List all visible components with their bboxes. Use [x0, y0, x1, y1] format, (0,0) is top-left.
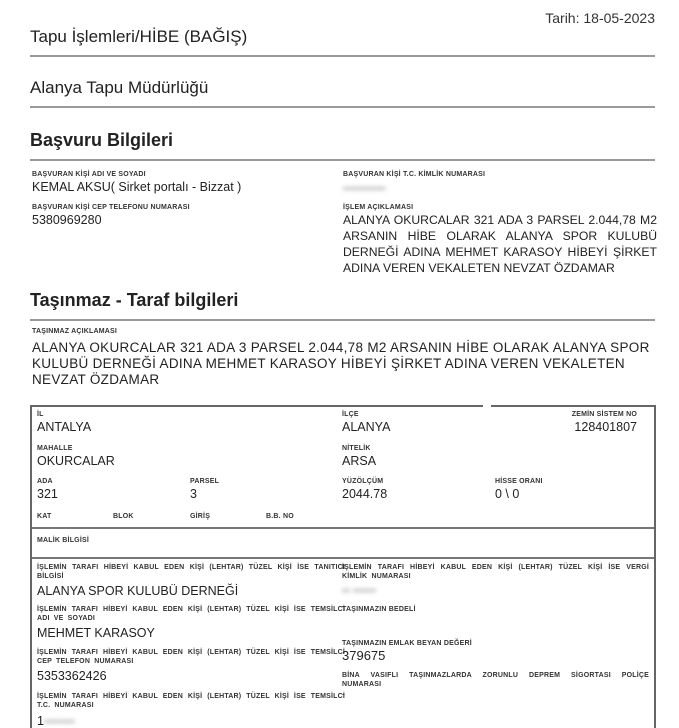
parsel-field: PARSEL 3 — [190, 477, 219, 502]
applicant-name-value: KEMAL AKSU( Sirket portalı - Bizzat ) — [32, 179, 322, 195]
vergi-redacted: •• •••••• — [342, 585, 376, 597]
zemin-value: 128401807 — [572, 419, 637, 435]
temsilci-tc-field: İŞLEMİN TARAFI HİBEYİ KABUL EDEN KİŞİ (L… — [37, 692, 345, 728]
bedel-label: TAŞINMAZIN BEDELİ — [342, 605, 649, 614]
mahalle-field: MAHALLE OKURCALAR — [37, 444, 115, 469]
parsel-label: PARSEL — [190, 477, 219, 486]
temsilci-name-field: İŞLEMİN TARAFI HİBEYİ KABUL EDEN KİŞİ (L… — [37, 605, 345, 641]
emlak-label: TAŞINMAZIN EMLAK BEYAN DEĞERİ — [342, 639, 649, 648]
taniticl-field: İŞLEMİN TARAFI HİBEYİ KABUL EDEN KİŞİ (L… — [37, 563, 345, 599]
ada-label: ADA — [37, 477, 58, 486]
property-desc-label: TAŞINMAZ AÇIKLAMASI — [32, 327, 652, 336]
deprem-label: BİNA VASIFLI TAŞINMAZLARDA ZORUNLU DEPRE… — [342, 671, 649, 689]
yuzolcum-label: YÜZÖLÇÜM — [342, 477, 387, 486]
vergi-label: İŞLEMİN TARAFI HİBEYİ KABUL EDEN KİŞİ (L… — [342, 563, 649, 581]
vergi-field: İŞLEMİN TARAFI HİBEYİ KABUL EDEN KİŞİ (L… — [342, 563, 649, 599]
page-title: Tapu İşlemleri/HİBE (BAĞIŞ) — [30, 27, 655, 57]
temsilci-tc-label: İŞLEMİN TARAFI HİBEYİ KABUL EDEN KİŞİ (L… — [37, 692, 345, 710]
applicant-name-field: BAŞVURAN KİŞİ ADI VE SOYADI KEMAL AKSU( … — [32, 170, 322, 195]
zemin-field: ZEMİN SİSTEM NO 128401807 — [572, 410, 637, 435]
applicant-tc-field: BAŞVURAN KİŞİ T.C. KİMLİK NUMARASI •••••… — [343, 170, 658, 197]
section-property-info: Taşınmaz - Taraf bilgileri — [30, 290, 655, 321]
divider — [32, 557, 654, 559]
deprem-field: BİNA VASIFLI TAŞINMAZLARDA ZORUNLU DEPRE… — [342, 671, 649, 699]
emlak-field: TAŞINMAZIN EMLAK BEYAN DEĞERİ 379675 — [342, 639, 649, 664]
temsilci-name-value: MEHMET KARASOY — [37, 625, 345, 641]
temsilci-tc-redacted: •••••••• — [44, 716, 75, 728]
il-label: İL — [37, 410, 91, 419]
blok-label: BLOK — [113, 512, 134, 521]
ilce-label: İLÇE — [342, 410, 390, 419]
applicant-phone-value: 5380969280 — [32, 212, 322, 228]
temsilci-name-label: İŞLEMİN TARAFI HİBEYİ KABUL EDEN KİŞİ (L… — [37, 605, 345, 623]
ilce-value: ALANYA — [342, 419, 390, 435]
emlak-value: 379675 — [342, 648, 649, 664]
mahalle-label: MAHALLE — [37, 444, 115, 453]
property-desc-field: TAŞINMAZ AÇIKLAMASI ALANYA OKURCALAR 321… — [32, 327, 652, 388]
applicant-tc-redacted: ••••••••••• — [343, 183, 385, 195]
applicant-phone-label: BAŞVURAN KİŞİ CEP TELEFONU NUMARASI — [32, 203, 322, 212]
operation-desc-label: İŞLEM AÇIKLAMASI — [343, 203, 657, 212]
document-date: Tarih: 18-05-2023 — [545, 10, 655, 26]
applicant-phone-field: BAŞVURAN KİŞİ CEP TELEFONU NUMARASI 5380… — [32, 203, 322, 228]
temsilci-phone-value: 5353362426 — [37, 668, 345, 684]
ada-value: 321 — [37, 486, 58, 502]
nitelik-field: NİTELİK ARSA — [342, 444, 376, 469]
zemin-label: ZEMİN SİSTEM NO — [572, 410, 637, 419]
temsilci-phone-label: İŞLEMİN TARAFI HİBEYİ KABUL EDEN KİŞİ (L… — [37, 648, 345, 666]
operation-desc-field: İŞLEM AÇIKLAMASI ALANYA OKURCALAR 321 AD… — [343, 203, 657, 276]
ilce-field: İLÇE ALANYA — [342, 410, 390, 435]
deprem-value: - — [342, 689, 649, 699]
hisse-value: 0 \ 0 — [495, 486, 543, 502]
divider — [32, 527, 654, 529]
property-desc-value: ALANYA OKURCALAR 321 ADA 3 PARSEL 2.044,… — [32, 340, 652, 388]
bbno-label: B.B. NO — [266, 512, 294, 521]
bedel-field: TAŞINMAZIN BEDELİ — [342, 605, 649, 614]
section-application-info: Başvuru Bilgileri — [30, 130, 655, 161]
il-value: ANTALYA — [37, 419, 91, 435]
temsilci-tc-prefix: 1 — [37, 714, 44, 728]
hisse-label: HİSSE ORANI — [495, 477, 543, 486]
operation-desc-value: ALANYA OKURCALAR 321 ADA 3 PARSEL 2.044,… — [343, 212, 657, 276]
giris-label: GİRİŞ — [190, 512, 210, 521]
mahalle-value: OKURCALAR — [37, 453, 115, 469]
border-gap — [483, 401, 491, 407]
temsilci-phone-field: İŞLEMİN TARAFI HİBEYİ KABUL EDEN KİŞİ (L… — [37, 648, 345, 684]
il-field: İL ANTALYA — [37, 410, 91, 435]
taniticl-value: ALANYA SPOR KULUBÜ DERNEĞİ — [37, 583, 345, 599]
yuzolcum-value: 2044.78 — [342, 486, 387, 502]
nitelik-value: ARSA — [342, 453, 376, 469]
hisse-field: HİSSE ORANI 0 \ 0 — [495, 477, 543, 502]
applicant-tc-label: BAŞVURAN KİŞİ T.C. KİMLİK NUMARASI — [343, 170, 658, 179]
applicant-name-label: BAŞVURAN KİŞİ ADI VE SOYADI — [32, 170, 322, 179]
ada-field: ADA 321 — [37, 477, 58, 502]
owner-info-label: MALİK BİLGİSİ — [37, 536, 89, 545]
office-name: Alanya Tapu Müdürlüğü — [30, 78, 655, 108]
yuzolcum-field: YÜZÖLÇÜM 2044.78 — [342, 477, 387, 502]
nitelik-label: NİTELİK — [342, 444, 376, 453]
parsel-value: 3 — [190, 486, 219, 502]
taniticl-label: İŞLEMİN TARAFI HİBEYİ KABUL EDEN KİŞİ (L… — [37, 563, 345, 581]
kat-label: KAT — [37, 512, 51, 521]
